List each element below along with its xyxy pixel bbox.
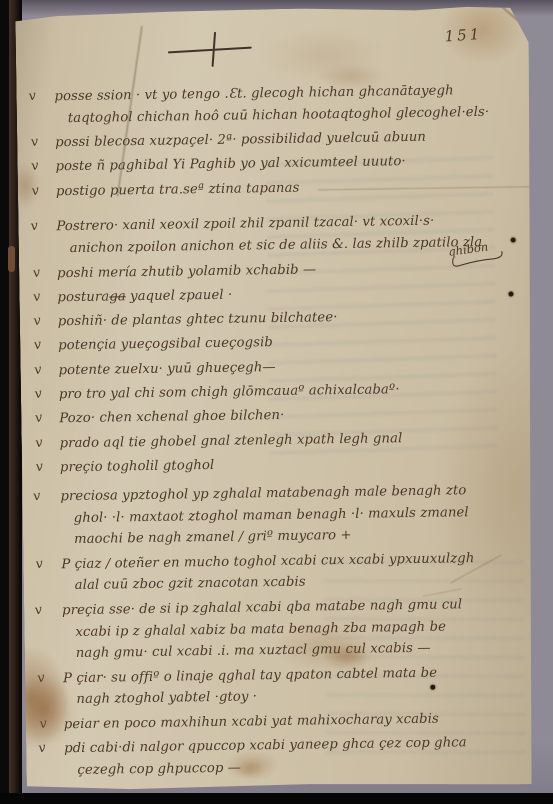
entry-text: potençia yueçogsibal cueçogsib (58, 329, 500, 357)
entry-text: poshi mería zhutib yolamib xchabib — (57, 256, 499, 284)
entry-text: prado aql tie ghobel gnal ztenlegh xpath… (59, 426, 501, 454)
entry-text: pdi cabi·di nalgor qpuccop xcabi yaneep … (64, 732, 507, 782)
binding-notch (8, 246, 15, 272)
header-cross-icon (168, 47, 252, 54)
entry-line: peiar en poco maxhihun xcabi yat mahixoc… (64, 707, 506, 735)
entry-check-mark: v (34, 456, 61, 481)
entry-check-mark: v (34, 552, 64, 599)
entry: vpreçia sse· de si ip zghalal xcabi qba … (38, 593, 505, 665)
entry-line: Pozo· chen xchenal ghoe bilchen· (59, 402, 501, 430)
photo-frame-left (0, 0, 9, 804)
entry-check-mark: v (33, 358, 60, 383)
entry-line: poshiñ· de plantas ghtec tzunu bilchatee… (58, 305, 500, 333)
entry-line: pro tro yal chi som chigh glōmcauaº achi… (59, 378, 501, 406)
entry-text: preciosa ypztoghol yp zghalal matabenagh… (60, 479, 503, 551)
entry-text: poshiñ· de plantas ghtec tzunu bilchatee… (58, 305, 500, 333)
entry-text: posse ssion · vt yo tengo .Ɛt. glecogh h… (54, 80, 497, 130)
wormhole (511, 237, 516, 242)
entry-line: potençia yueçogsibal cueçogsib (58, 329, 500, 357)
entry-text: Pozo· chen xchenal ghoe bilchen· (59, 402, 501, 430)
entry-text: P çiar· su offiº o linaje qghal tay qpat… (63, 661, 506, 711)
corner-fold-crease (498, 4, 534, 36)
wormhole (430, 685, 435, 690)
entry-text: P çiaz / oteñer en mucho toghol xcabi cu… (61, 547, 504, 597)
entry-line: poshi mería zhutib yolamib xchabib — (57, 256, 499, 284)
entry-line: preçio togholil gtoghol (60, 451, 502, 479)
manuscript-photo: 151 vposse ssion · vt yo tengo .Ɛt. glec… (0, 0, 553, 804)
entry-text: posturaga yaquel zpauel · (57, 281, 499, 309)
entry: vP çiar· su offiº o linaje qghal tay qpa… (39, 661, 506, 712)
entry-line: prado aql tie ghobel gnal ztenlegh xpath… (59, 426, 501, 454)
entry-check-mark: v (33, 383, 60, 408)
entry-line: possi blecosa xuzpaçel· 2ª· possibilidad… (55, 126, 497, 154)
entry-text: preçio togholil gtoghol (60, 451, 502, 479)
entry: vP çiaz / oteñer en mucho toghol xcabi c… (37, 547, 504, 598)
entry-check-mark: v (30, 131, 57, 156)
entry-check-mark: v (32, 310, 59, 335)
entry-check-mark: v (34, 407, 61, 432)
manuscript-page: 151 vposse ssion · vt yo tengo .Ɛt. glec… (15, 5, 539, 792)
entry-check-mark: v (32, 261, 59, 286)
entry: vpreçio togholil gtoghol (36, 451, 502, 480)
entry-text: peiar en poco maxhihun xcabi yat mahixoc… (64, 707, 506, 735)
entry-text: Postrero· xanil xeoxil zpoil zhil zpanil… (56, 210, 499, 260)
entry-check-mark: v (34, 431, 61, 456)
entry-line: potente zuelxu· yuū ghueçegh— (58, 353, 500, 381)
entry-check-mark: v (32, 286, 59, 311)
entry: vpreciosa ypztoghol yp zghalal matabenag… (36, 479, 503, 551)
entry: vPostrero· xanil xeoxil zpoil zhil zpani… (32, 210, 499, 261)
entry-text: pro tro yal chi som chigh glōmcauaº achi… (59, 378, 501, 406)
entry-text: possi blecosa xuzpaçel· 2ª· possibilidad… (55, 126, 497, 154)
entry-check-mark: v (27, 85, 57, 132)
entry-line: posturaga yaquel zpauel · (57, 281, 499, 309)
photo-frame-bottom (0, 793, 553, 804)
page-number: 151 (444, 25, 483, 45)
entry-check-mark: v (33, 334, 60, 359)
entry: vpdi cabi·di nalgor qpuccop xcabi yaneep… (40, 732, 507, 783)
entry-check-mark: v (29, 215, 59, 262)
entry-text: potente zuelxu· yuū ghueçegh— (58, 353, 500, 381)
wormhole (508, 291, 513, 296)
entry: vposse ssion · vt yo tengo .Ɛt. glecogh … (30, 80, 497, 131)
struck-text: ga (109, 289, 126, 304)
entries-list: vposse ssion · vt yo tengo .Ɛt. glecogh … (30, 80, 506, 785)
entry-text: preçia sse· de si ip zghalal xcabi qba m… (62, 593, 505, 665)
